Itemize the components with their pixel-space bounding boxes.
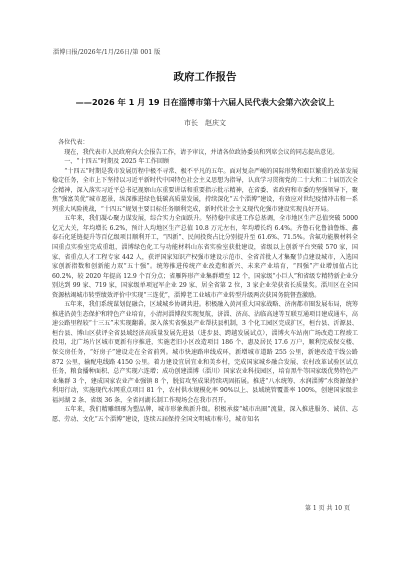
paragraph-review-overview: “十四五”时期是我市发展历程中极不寻常、极不平凡的五年。面对复杂严峻的国际形势和… bbox=[52, 167, 358, 215]
document-page: 淄博日报/2026年/1月/26日/第 001 版 政府工作报告 ——2026 … bbox=[0, 0, 410, 580]
document-title: 政府工作报告 bbox=[0, 70, 410, 84]
newspaper-source-line: 淄博日报/2026年/1月/26日/第 001 版 bbox=[53, 49, 160, 57]
document-author: 市长 赵庆文 bbox=[0, 118, 410, 128]
document-body: 各位代表： 现在，我代表市人民政府向大会报告工作，请予审议，并请各位政协委员和列… bbox=[52, 138, 358, 424]
paragraph-intro: 现在，我代表市人民政府向大会报告工作，请予审议，并请各位政协委员和列席会议的同志… bbox=[52, 148, 358, 158]
paragraph-regional-coordination: 五年来，我们系统谋划促融合，区域城乡协调共进。积极融入黄河重大国家战略、济南都市… bbox=[52, 300, 358, 405]
document-subtitle: ——2026 年 1 月 19 日在淄博市第十六届人民代表大会第六次会议上 bbox=[0, 96, 410, 108]
page-number: 第 1 页 共 10 页 bbox=[305, 505, 350, 513]
paragraph-city-brand: 五年来，我们精雕细琢为塑品牌，城市形象焕新升级。积极承接“城市出圈”流量，深入推… bbox=[52, 405, 358, 424]
salutation: 各位代表： bbox=[52, 138, 358, 148]
paragraph-economic-strength: 五年来，我们凝心聚力谋发展，综合实力全面跃升。坚持稳中求进工作总基调，全市地区生… bbox=[52, 214, 358, 300]
section-heading: 一、“十四五”时期及 2025 年工作回顾 bbox=[52, 157, 358, 167]
